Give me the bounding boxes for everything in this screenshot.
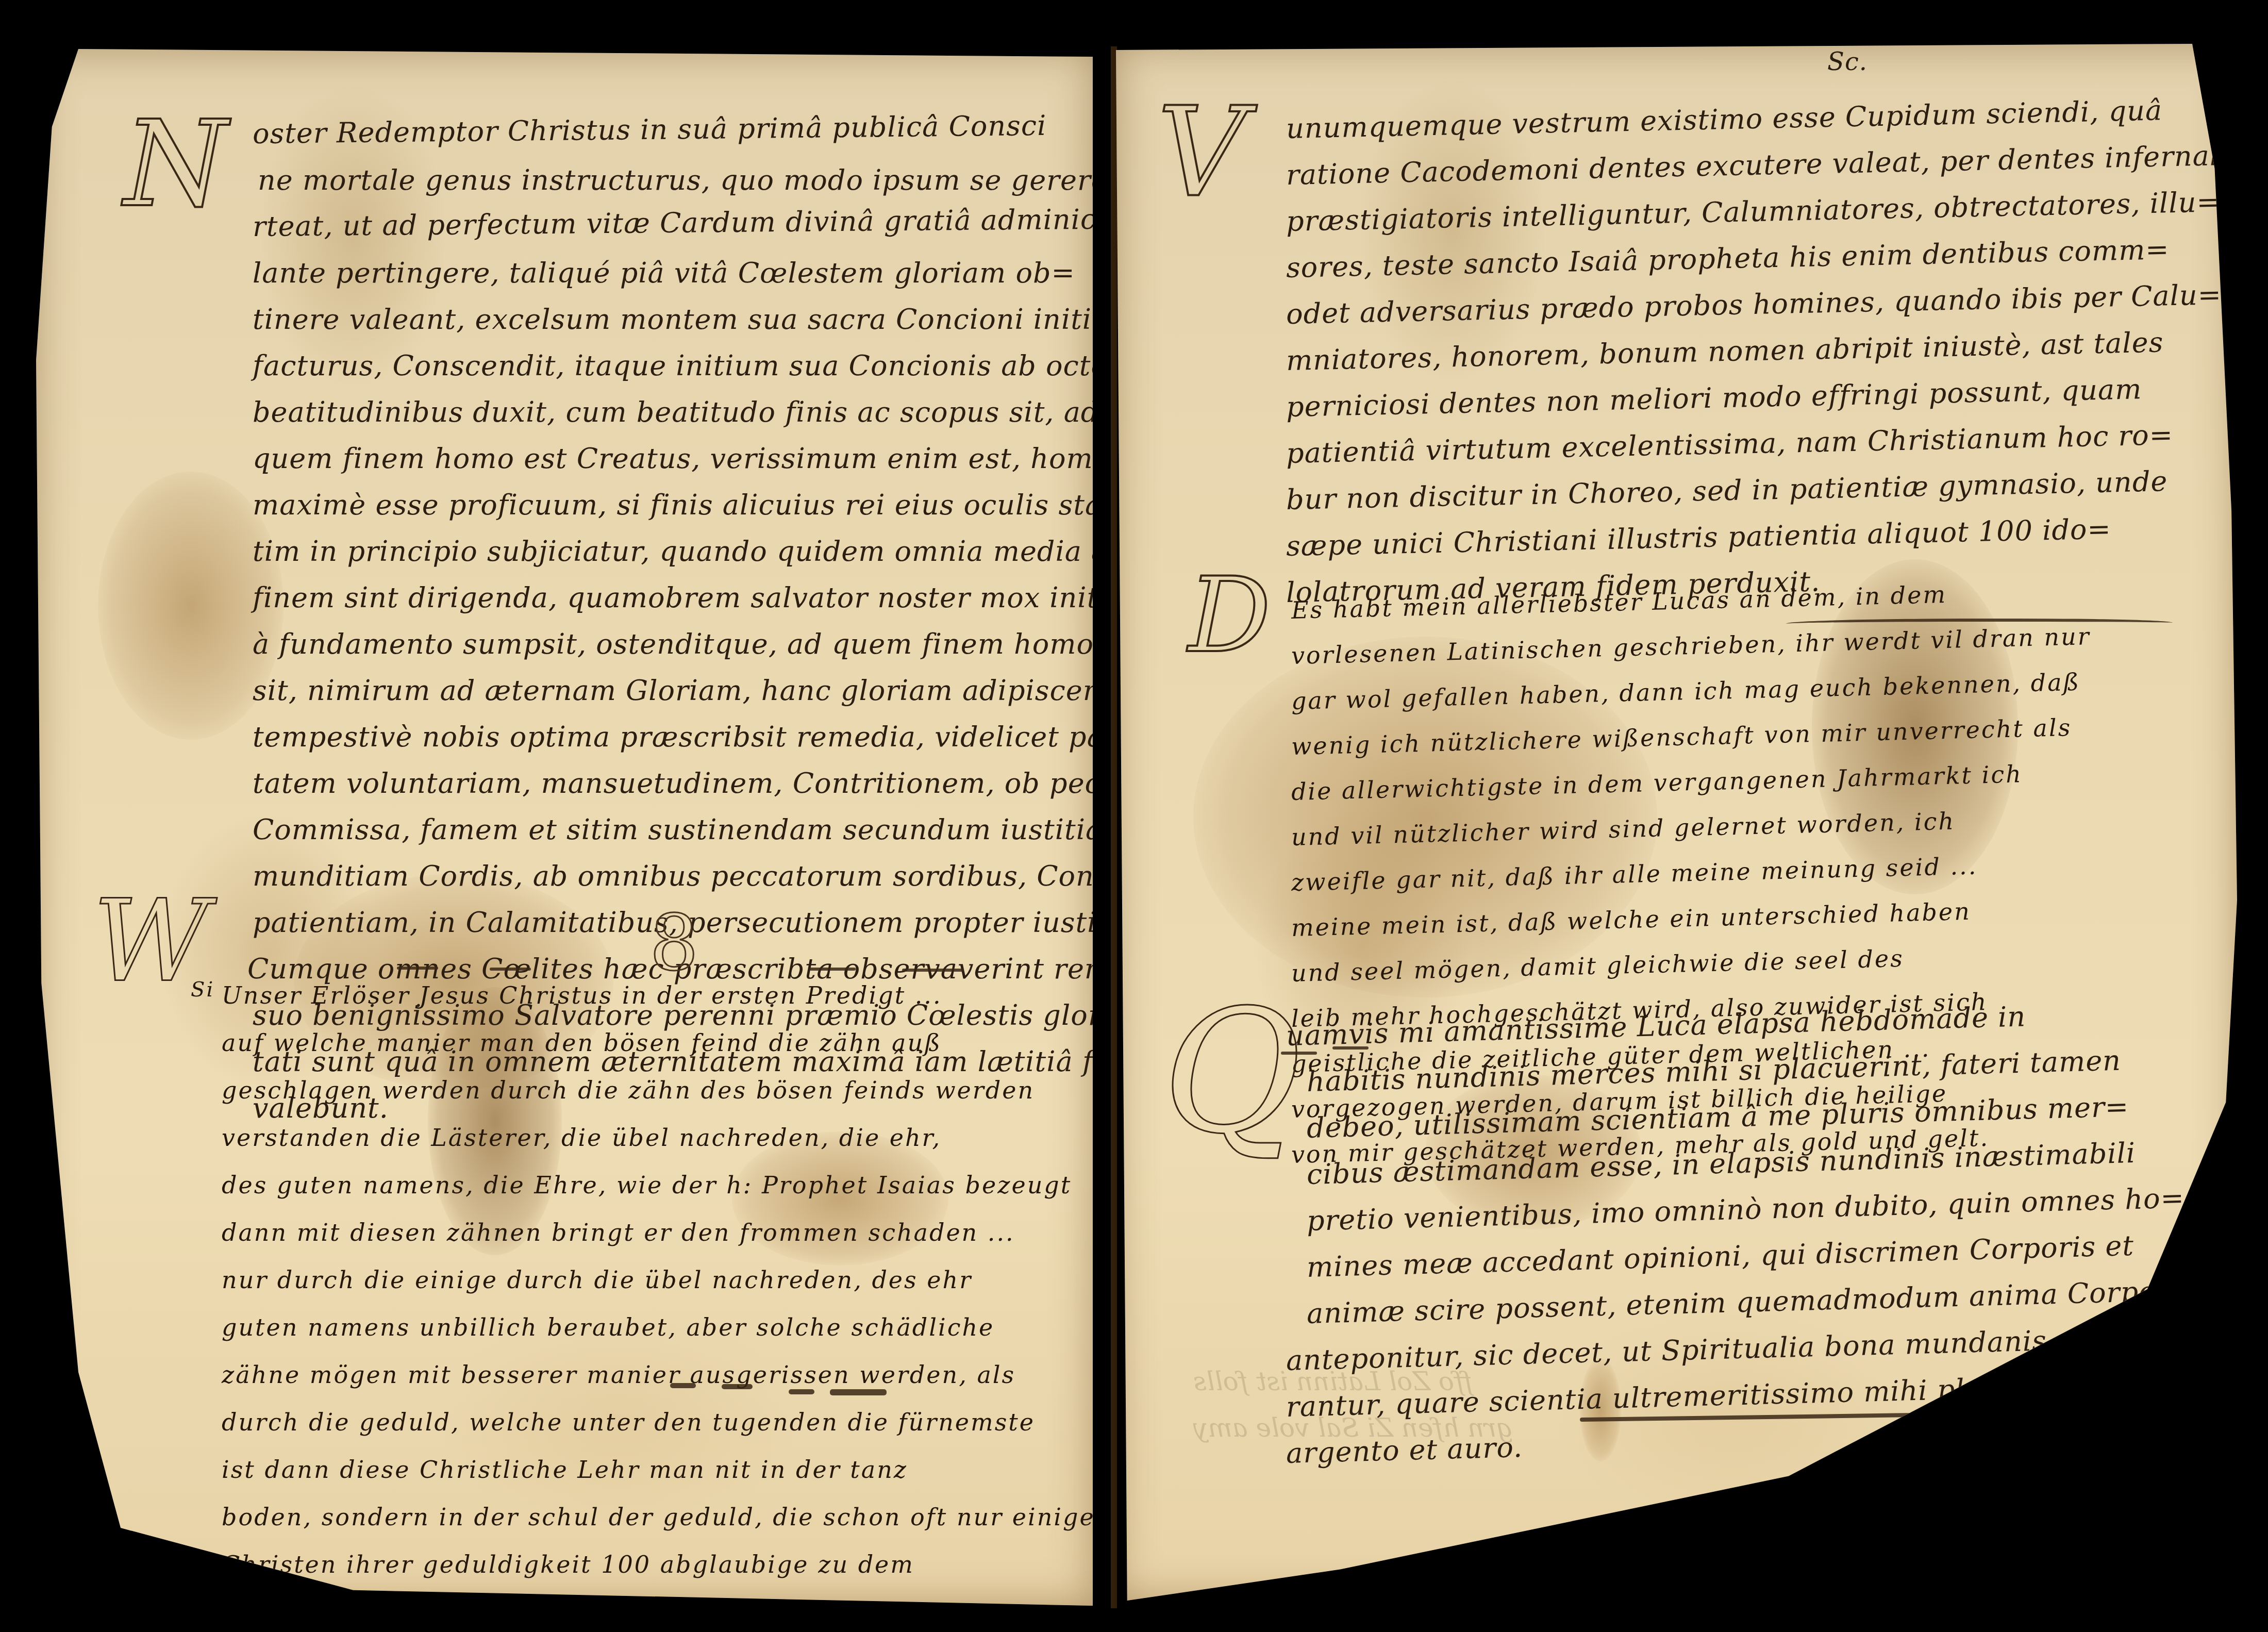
- text-line: zähne mögen mit besserer manier ausgeris…: [222, 1351, 1112, 1398]
- text-line: durch die geduld, welche unter den tugen…: [222, 1398, 1112, 1446]
- text-line: facturus, Conscendit, itaque initium sua…: [253, 343, 1223, 389]
- divider-dash: [490, 968, 531, 971]
- text-line: wahren glauben gebracht hat.: [222, 1588, 1112, 1632]
- text-line: Commissa, famem et sitim sustinendam sec…: [253, 807, 1223, 853]
- margin-letter: Si: [191, 967, 214, 1013]
- text-line: geschlagen werden durch die zähn des bös…: [222, 1067, 1112, 1114]
- superscript-correction: Sc.: [1827, 39, 1867, 85]
- text-line: lante pertingere, taliqué piâ vitâ Cœles…: [253, 250, 1223, 296]
- left-page: N oster Redemptor Christus in suâ primâ …: [36, 49, 1093, 1606]
- pen-stroke: [1488, 1576, 1620, 1608]
- text-line: verstanden die Lästerer, die übel nachre…: [222, 1114, 1112, 1161]
- end-flourish: [789, 1389, 814, 1394]
- divider-dash: [397, 967, 438, 970]
- manuscript-spread: N oster Redemptor Christus in suâ primâ …: [0, 0, 2268, 1632]
- end-flourish: [830, 1389, 887, 1395]
- section-mark-glyph: 8: [649, 905, 698, 982]
- book-gutter: [1111, 46, 1117, 1608]
- text-line: nur durch die einige durch die übel nach…: [222, 1256, 1112, 1304]
- right-page: ffo Zol Latinn ist folls grn hfen Zi Sal…: [1116, 44, 2237, 1601]
- text-line: tinere valeant, excelsum montem sua sacr…: [253, 296, 1223, 343]
- divider-dash: [809, 968, 856, 971]
- text-line: Unser Erlöser Jesus Christus in der erst…: [222, 972, 1112, 1019]
- text-line: des guten namens, die Ehre, wie der h: P…: [222, 1161, 1112, 1209]
- german-text-block: Unser Erlöser Jesus Christus in der erst…: [222, 972, 1112, 1632]
- text-line: beatitudinibus duxit, cum beatitudo fini…: [253, 389, 1223, 436]
- text-line: patientiam, in Calamitatibus, persecutio…: [253, 900, 1223, 946]
- end-flourish: [722, 1384, 753, 1389]
- latin-text-block-2: unumquemque vestrum existimo esse Cupidu…: [1286, 106, 2244, 616]
- text-line: à fundamento sumpsit, ostenditque, ad qu…: [253, 621, 1223, 668]
- text-line: boden, sondern in der schul der geduld, …: [222, 1493, 1112, 1541]
- text-line: maximè esse proficuum, si finis alicuius…: [253, 482, 1223, 528]
- decorative-initial-d: D: [1188, 564, 1271, 668]
- text-line: oster Redemptor Christus in suâ primâ pu…: [253, 101, 1223, 157]
- text-line: tatem voluntariam, mansuetudinem, Contri…: [253, 760, 1223, 807]
- latin-text-block-3: uamvis mi amantissime Luca elapsa hebdom…: [1286, 1013, 2184, 1477]
- decorative-initial-v: V: [1157, 90, 1246, 214]
- text-line: guten namens unbillich beraubet, aber so…: [222, 1304, 1112, 1351]
- text-line: Christen ihrer geduldigkeit 100 abglaubi…: [222, 1541, 1112, 1588]
- text-line: dann mit diesen zähnen bringt er den fro…: [222, 1209, 1112, 1256]
- text-line: quem finem homo est Creatus, verissimum …: [253, 436, 1223, 482]
- text-line: rteat, ut ad perfectum vitæ Cardum divin…: [253, 195, 1223, 250]
- decorative-initial-n: N: [124, 106, 227, 224]
- end-flourish: [670, 1383, 696, 1388]
- text-line: tim in principio subjiciatur, quando qui…: [253, 528, 1223, 575]
- text-line: sit, nimirum ad æternam Gloriam, hanc gl…: [253, 668, 1223, 714]
- text-line: ist dann diese Christliche Lehr man nit …: [222, 1446, 1112, 1493]
- text-line: munditiam Cordis, ab omnibus peccatorum …: [253, 853, 1223, 900]
- decorative-initial-q: Q: [1162, 987, 1302, 1157]
- text-line: tempestivè nobis optima præscribsit reme…: [253, 714, 1223, 760]
- text-line: finem sint dirigenda, quamobrem salvator…: [253, 575, 1223, 621]
- text-line: auf welche manier man den bösen feind di…: [222, 1019, 1112, 1067]
